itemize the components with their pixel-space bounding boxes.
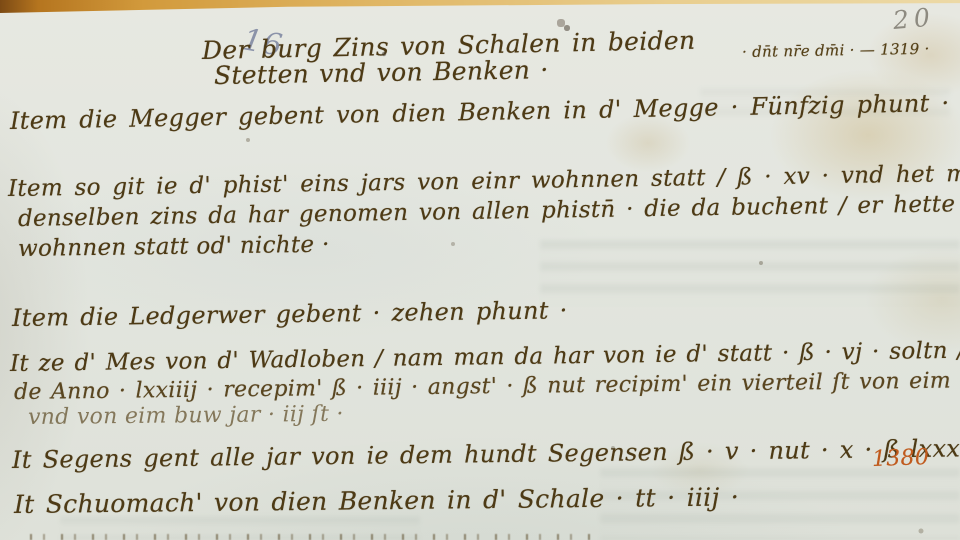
ink-smudges-and-dust <box>0 0 2 2</box>
entry-5-line-1: It Segens gent alle jar von ie dem hundt… <box>12 434 960 474</box>
heading-line-2: Stetten vnd von Benken · <box>214 55 549 90</box>
entry-4-line-3: vnd von eim buw jar · iij ſt · <box>28 402 344 430</box>
entry-1-line-1: Item die Megger gebent von dien Benken i… <box>10 89 950 135</box>
page-top-edge <box>0 0 960 13</box>
manuscript-page: 16 20 Der burg Zins von Schalen in beide… <box>0 0 960 540</box>
verso-show-through <box>540 240 960 306</box>
heading-date-note: · dn̄t nr̄e dm̄i · — 1319 · <box>742 40 930 61</box>
cut-off-next-line-stroke-tops <box>30 534 590 540</box>
entry-3-line-1: Item die Ledgerwer gebent · zehen phunt … <box>12 296 568 332</box>
entry-5-red-year-annotation: 1380 <box>872 445 930 472</box>
entry-6-line-1: It Schuomach' von dien Benken in d' Scha… <box>14 482 739 519</box>
folio-number-pencil-right: 20 <box>892 2 936 35</box>
entry-2-line-3: wohnnen statt od' nichte · <box>18 232 330 262</box>
